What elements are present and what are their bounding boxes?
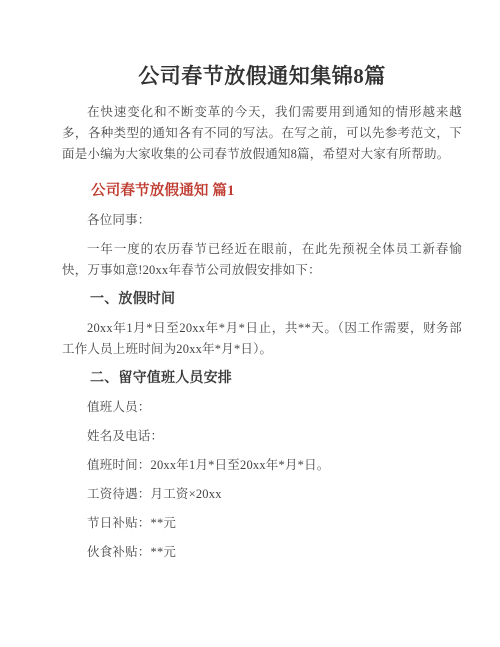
- section-2-heading: 二、留守值班人员安排: [62, 368, 462, 389]
- section-1-paragraph: 20xx年1月*日至20xx年*月*日止，共**天。（因工作需要，财务部工作人员…: [62, 318, 462, 360]
- document-page: 公司春节放假通知集锦8篇 在快速变化和不断变革的今天，我们需要用到通知的情形越来…: [0, 0, 500, 647]
- article-heading: 公司春节放假通知 篇1: [62, 181, 462, 202]
- salutation-line: 各位同事：: [62, 210, 462, 231]
- name-phone-line: 姓名及电话：: [62, 426, 462, 447]
- salary-line: 工资待遇：月工资×20xx: [62, 484, 462, 505]
- article-1: 公司春节放假通知 篇1 各位同事： 一年一度的农历春节已经近在眼前，在此先预祝全…: [62, 181, 462, 563]
- document-title: 公司春节放假通知集锦8篇: [62, 64, 462, 88]
- section-1-heading: 一、放假时间: [62, 289, 462, 310]
- meal-allowance-line: 伙食补贴：**元: [62, 542, 462, 563]
- festival-allowance-line: 节日补贴：**元: [62, 513, 462, 534]
- opening-paragraph: 一年一度的农历春节已经近在眼前，在此先预祝全体员工新春愉快，万事如意!20xx年…: [62, 239, 462, 281]
- duty-staff-line: 值班人员：: [62, 397, 462, 418]
- duty-time-line: 值班时间：20xx年1月*日至20xx年*月*日。: [62, 455, 462, 476]
- intro-paragraph: 在快速变化和不断变革的今天，我们需要用到通知的情形越来越多，各种类型的通知各有不…: [62, 102, 462, 165]
